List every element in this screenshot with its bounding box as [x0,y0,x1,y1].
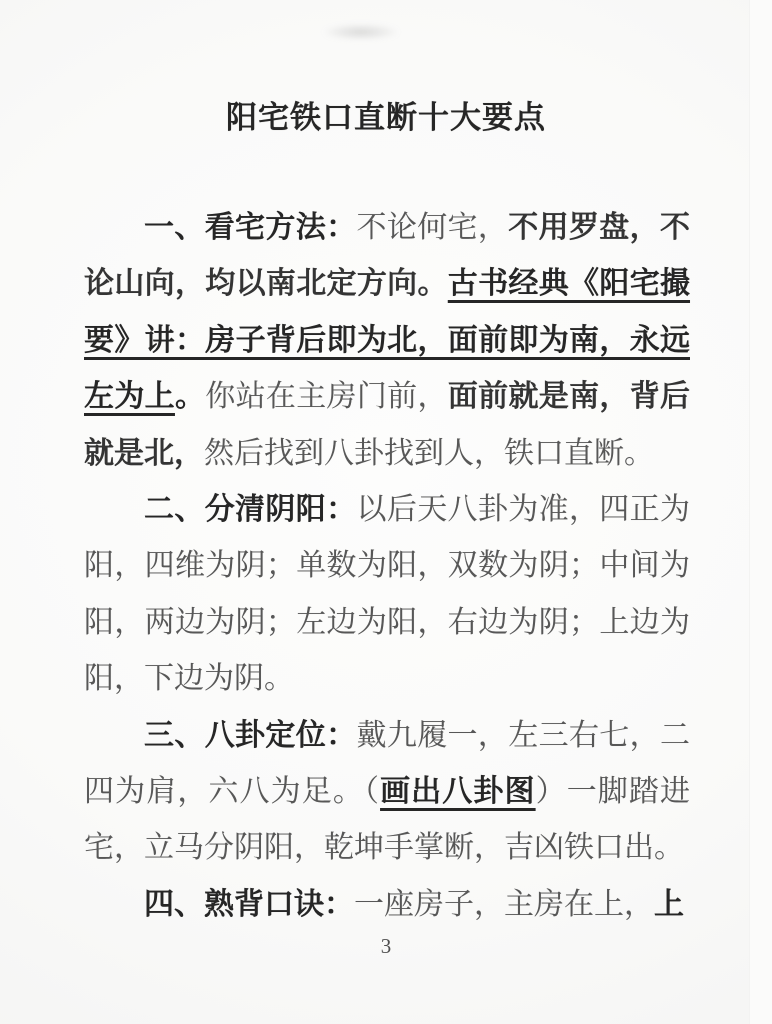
text-segment: 。 [175,380,205,413]
text-segment: 三、八卦定位： [144,719,356,752]
text-segment: 四、熟背口诀： [144,888,354,921]
text-segment: 上 [654,888,684,921]
text-segment: 二、分清阴阳： [144,493,356,526]
paragraph: 三、八卦定位：戴九履一，左三右七，二四为肩，六八为足。（画出八卦图）一脚踏进宅，… [84,708,690,877]
text-segment: 一座房子，主房在上， [354,888,654,921]
paragraph: 二、分清阴阳：以后天八卦为准，四正为阳，四维为阴；单数为阳，双数为阴；中间为阳，… [84,482,690,708]
page-edge-shade [749,0,772,1024]
paragraph: 一、看宅方法：不论何宅，不用罗盘，不论山向，均以南北定方向。古书经典《阳宅撮要》… [84,200,690,482]
paper-smudge [322,24,400,40]
scanned-book-page: 阳宅铁口直断十大要点 一、看宅方法：不论何宅，不用罗盘，不论山向，均以南北定方向… [0,0,772,1024]
text-segment: 然后找到八卦找到人，铁口直断。 [204,437,654,470]
page-title: 阳宅铁口直断十大要点 [0,92,772,137]
paragraph: 四、熟背口诀：一座房子，主房在上，上 [84,877,690,933]
text-segment: 不论何宅， [356,211,508,244]
text-segment: 画出八卦图 [380,775,536,808]
document-body: 一、看宅方法：不论何宅，不用罗盘，不论山向，均以南北定方向。古书经典《阳宅撮要》… [84,200,690,933]
text-segment: 你站在主房门前， [205,380,448,413]
page-number: 3 [0,934,772,959]
text-segment: 一、看宅方法： [144,211,356,244]
